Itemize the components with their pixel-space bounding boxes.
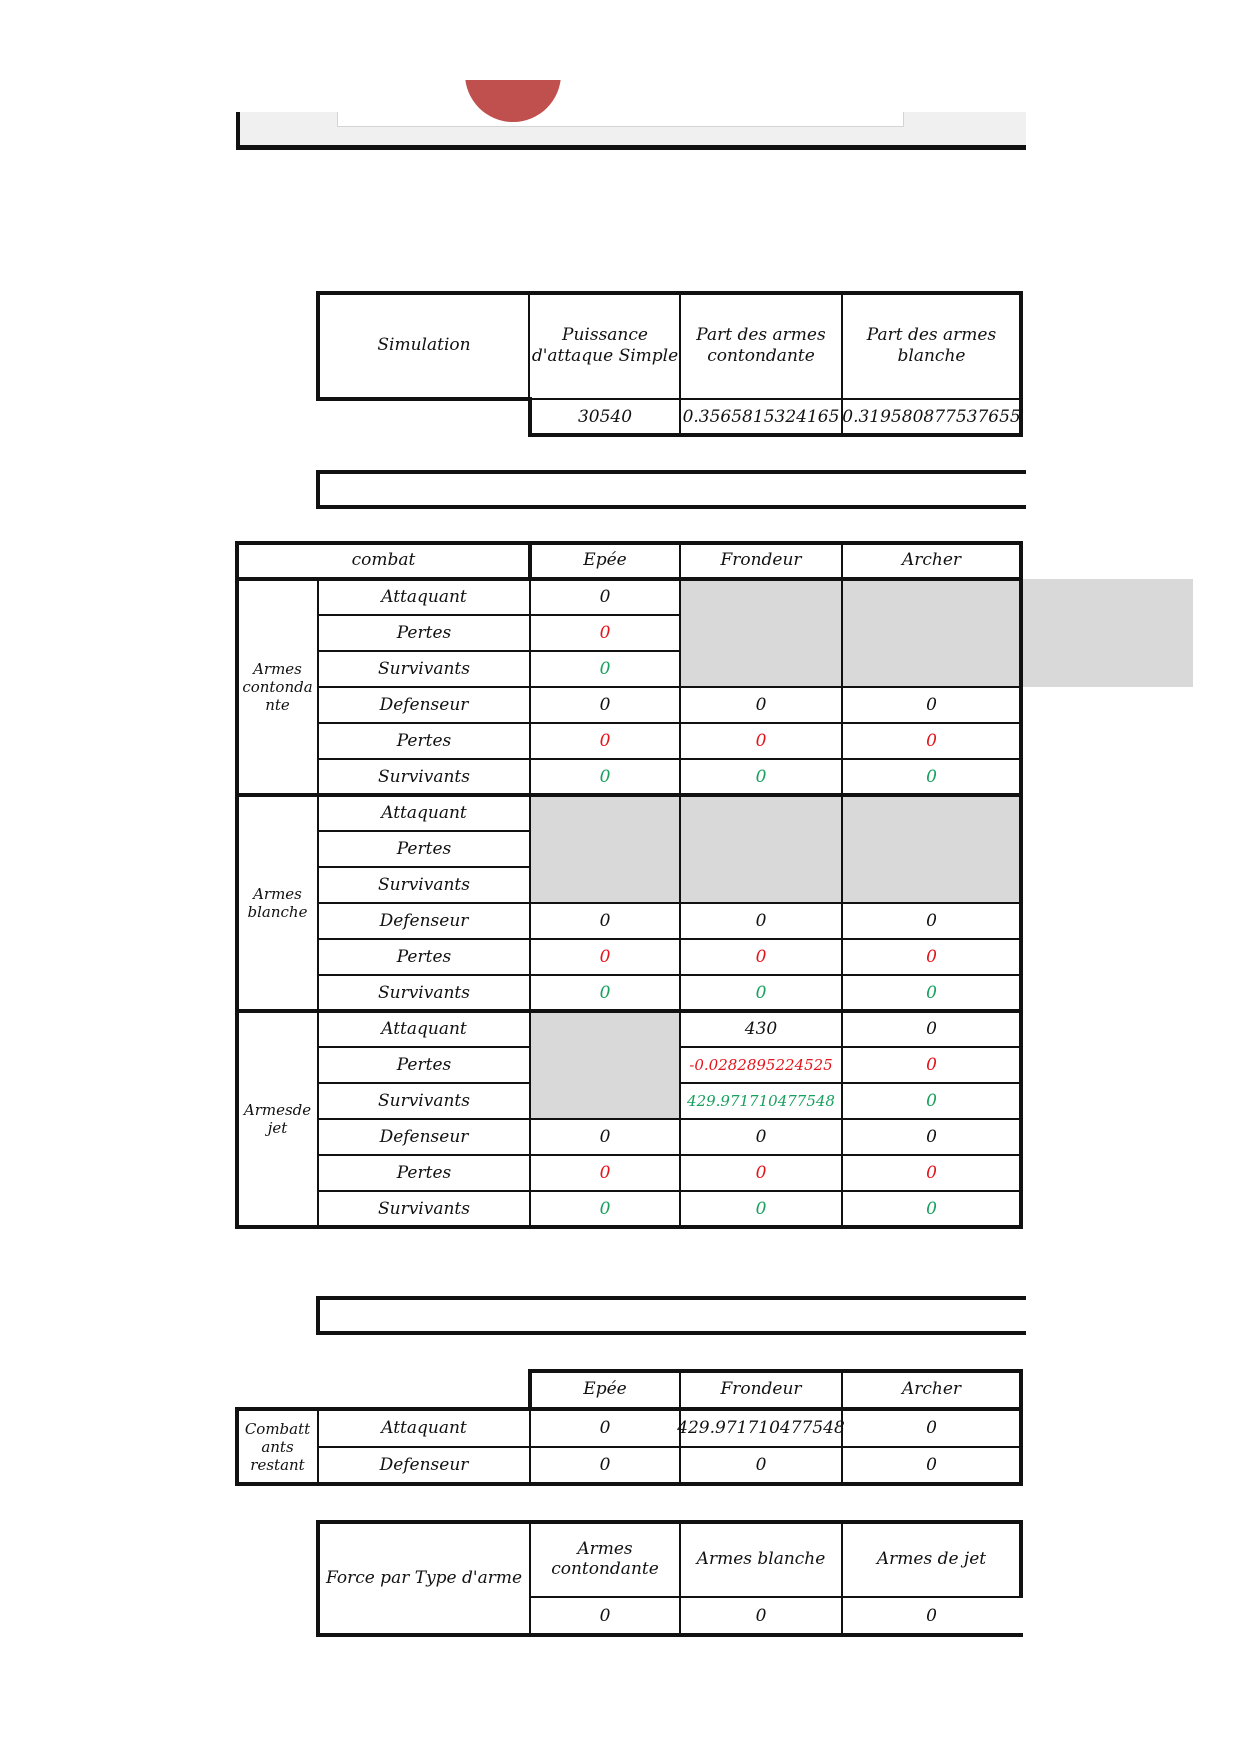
combat-value-cell: 0 <box>680 1155 842 1191</box>
combat-value-cell: 0 <box>530 903 680 939</box>
combat-value-cell: 0 <box>530 579 680 615</box>
combat-row-label: Survivants <box>318 1083 530 1119</box>
combat-value-cell: 0 <box>842 723 1021 759</box>
combat-value-cell: 0 <box>530 975 680 1011</box>
combat-row-label: Survivants <box>318 1191 530 1227</box>
combat-row-label: Defenseur <box>318 903 530 939</box>
section-bar <box>316 470 1026 509</box>
combat-value-cell: 0 <box>530 1191 680 1227</box>
remaining-row-label: Attaquant <box>318 1409 530 1447</box>
section-bar <box>316 1296 1026 1335</box>
combat-value-cell: 0 <box>680 939 842 975</box>
combat-row-label: Survivants <box>318 867 530 903</box>
remaining-cell: 0 <box>680 1447 842 1484</box>
remaining-cell: 0 <box>842 1409 1021 1447</box>
combat-value-cell: 0 <box>842 903 1021 939</box>
combat-row-label: Survivants <box>318 759 530 795</box>
disabled-cell-block <box>680 579 1193 687</box>
disabled-cell-block <box>530 795 1021 903</box>
remaining-header-epee: Epée <box>530 1370 680 1409</box>
combat-value-cell: 0 <box>680 1191 842 1227</box>
combat-row-label: Defenseur <box>318 1119 530 1155</box>
force-value-blanche: 0 <box>680 1597 842 1635</box>
disabled-cell-block <box>530 1011 680 1119</box>
combat-value-cell: 0 <box>530 723 680 759</box>
combat-value-cell: 0 <box>842 975 1021 1011</box>
remaining-cell: 0 <box>530 1409 680 1447</box>
combat-value-cell: 0 <box>530 615 680 651</box>
remaining-cell: 0 <box>530 1447 680 1484</box>
combat-row-label: Attaquant <box>318 795 530 831</box>
combat-value-cell: 430 <box>680 1011 842 1047</box>
combat-group-label: Armes blanche <box>237 795 318 1011</box>
force-value-contondante: 0 <box>530 1597 680 1635</box>
sim-header-contondante: Part des armes contondante <box>680 292 842 399</box>
combat-value-cell: 0 <box>680 903 842 939</box>
chart-frame-border <box>236 145 1026 150</box>
combat-value-cell: 0 <box>680 1119 842 1155</box>
combat-value-cell: 0 <box>530 687 680 723</box>
combat-value-cell: 0 <box>842 1047 1021 1083</box>
combat-value-cell: 0 <box>842 1119 1021 1155</box>
combat-row-label: Survivants <box>318 975 530 1011</box>
combat-row-label: Attaquant <box>318 579 530 615</box>
combat-value-cell: 0 <box>842 1191 1021 1227</box>
combat-row-label: Pertes <box>318 723 530 759</box>
combat-value-cell: 0 <box>680 723 842 759</box>
remaining-header-frondeur: Frondeur <box>680 1370 842 1409</box>
sim-header-puissance: Puissance d'attaque Simple <box>530 292 680 399</box>
combat-header-unit: Epée <box>530 542 680 579</box>
combat-value-cell: 0 <box>842 1011 1021 1047</box>
remaining-cell: 0 <box>842 1447 1021 1484</box>
combat-value-cell: -0.0282895224525 <box>680 1047 842 1083</box>
remaining-cell: 429.971710477548 <box>680 1409 842 1447</box>
chart-plot-area <box>337 112 904 127</box>
combat-value-cell: 0 <box>842 939 1021 975</box>
combat-header-unit: Archer <box>842 542 1021 579</box>
combat-value-cell: 0 <box>530 1155 680 1191</box>
sim-value-blanche: 0.319580877537655 <box>842 399 1021 435</box>
combat-row-label: Pertes <box>318 615 530 651</box>
force-header-jet: Armes de jet <box>842 1521 1021 1597</box>
sim-value-puissance: 30540 <box>530 399 680 435</box>
combat-row-label: Pertes <box>318 1047 530 1083</box>
remaining-row-label: Defenseur <box>318 1447 530 1484</box>
combat-value-cell: 0 <box>530 759 680 795</box>
combat-row-label: Pertes <box>318 1155 530 1191</box>
combat-row-label: Attaquant <box>318 1011 530 1047</box>
combat-group-label: Armesde jet <box>237 1011 318 1227</box>
combat-row-label: Survivants <box>318 651 530 687</box>
combat-value-cell: 0 <box>680 975 842 1011</box>
sim-header-blanche: Part des armes blanche <box>842 292 1021 399</box>
force-label: Force par Type d'arme <box>318 1521 530 1635</box>
combat-row-label: Pertes <box>318 831 530 867</box>
combat-header-unit: Frondeur <box>680 542 842 579</box>
remaining-group-label: Combatt ants restant <box>237 1409 318 1484</box>
combat-value-cell: 0 <box>842 1155 1021 1191</box>
combat-value-cell: 429.971710477548 <box>680 1083 842 1119</box>
combat-header-label: combat <box>237 542 530 579</box>
combat-row-label: Defenseur <box>318 687 530 723</box>
combat-value-cell: 0 <box>842 1083 1021 1119</box>
remaining-header-archer: Archer <box>842 1370 1021 1409</box>
combat-value-cell: 0 <box>842 759 1021 795</box>
force-header-contondante: Armes contondante <box>530 1521 680 1597</box>
combat-value-cell: 0 <box>530 651 680 687</box>
force-header-blanche: Armes blanche <box>680 1521 842 1597</box>
sim-value-contondante: 0.3565815324165 <box>680 399 842 435</box>
simulation-label: Simulation <box>318 292 530 399</box>
combat-value-cell: 0 <box>530 1119 680 1155</box>
combat-row-label: Pertes <box>318 939 530 975</box>
pie-chart-slice-visible <box>465 112 561 123</box>
force-value-jet: 0 <box>842 1597 1021 1635</box>
combat-value-cell: 0 <box>680 759 842 795</box>
combat-value-cell: 0 <box>680 687 842 723</box>
combat-group-label: Armes contonda nte <box>237 579 318 795</box>
combat-value-cell: 0 <box>842 687 1021 723</box>
combat-value-cell: 0 <box>530 939 680 975</box>
